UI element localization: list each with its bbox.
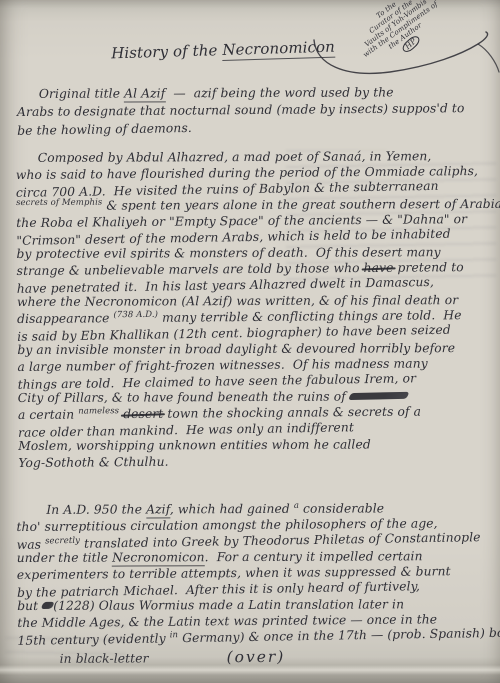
manuscript-line: secrets of Memphis & spent ten years alo…	[16, 197, 484, 215]
manuscript-line: Yog-Sothoth & Cthulhu.	[18, 452, 486, 472]
text-segment: where the Necronomicon (Al Azif) was wri…	[17, 293, 458, 309]
text-segment: desert	[123, 407, 163, 421]
text-segment: (over)	[227, 648, 286, 666]
text-segment: Composed by Abdul Alhazred, a mad poet o…	[38, 149, 432, 165]
text-segment: a certain	[18, 408, 78, 423]
text-segment: 15th century (evidently	[17, 631, 169, 648]
manuscript-line: where the Necronomicon (Al Azif) was wri…	[17, 293, 485, 311]
text-segment: have	[364, 261, 394, 275]
text-segment: town the shocking annals & secrets of a	[163, 405, 421, 421]
manuscript-line: City of Pillars, & to have found beneath…	[18, 389, 486, 407]
text-segment: by protective evil spirits & monsters of…	[16, 245, 440, 261]
text-segment: Azif	[146, 502, 170, 518]
text-segment: (738 A.D.)	[113, 310, 158, 320]
text-segment: under the title	[17, 551, 112, 565]
manuscript-line: by protective evil spirits & monsters of…	[16, 245, 484, 263]
text-segment: strange & unbelievable marvels are told …	[17, 261, 364, 278]
manuscript-line: but (1228) Olaus Wormius made a Latin tr…	[17, 597, 485, 615]
scribbled-out-word	[348, 392, 409, 400]
text-segment: City of Pillars, & to have found beneath…	[18, 390, 350, 405]
manuscript-line: in black-letter(over)	[18, 645, 486, 671]
text-segment: Yog-Sothoth & Cthulhu.	[18, 455, 168, 470]
text-segment: & spent ten years alone in the great sou…	[102, 197, 500, 213]
text-segment: disappearance	[17, 311, 114, 326]
text-segment: considerable	[299, 501, 384, 515]
manuscript-line: under the title Necronomicon. For a cent…	[17, 549, 485, 567]
manuscript-line: Composed by Abdul Alhazred, a mad poet o…	[16, 149, 484, 167]
text-segment: — azif being the word used by the	[165, 85, 393, 100]
text-segment: secrets of Memphis	[16, 198, 102, 208]
text-segment: was	[17, 537, 46, 551]
text-segment: (1228) Olaus Wormius made a Latin transl…	[53, 597, 404, 613]
manuscript-line: Original title Al Azif — azif being the …	[17, 85, 485, 104]
text-segment: , which had gained	[170, 502, 294, 517]
paragraph-translations: In A.D. 950 the Azif, which had gained a…	[16, 500, 485, 672]
text-segment: nameless	[78, 406, 119, 416]
text-segment: in black-letter	[60, 651, 149, 665]
manuscript-line: In A.D. 950 the Azif, which had gained a…	[16, 501, 484, 519]
manuscript-line: Moslem, worshipping unknown entities who…	[18, 437, 486, 455]
text-segment: Moslem, worshipping unknown entities who…	[18, 437, 371, 453]
text-segment: . For a century it impelled certain	[205, 549, 423, 564]
text-segment: Necronomicon	[112, 550, 205, 566]
text-segment: be the howling of daemons.	[17, 121, 192, 138]
paragraph-original-title: Original title Al Azif — azif being the …	[17, 84, 485, 139]
text-segment: a	[294, 501, 299, 511]
paragraph-alhazred: Composed by Abdul Alhazred, a mad poet o…	[16, 148, 487, 472]
text-segment: in	[170, 630, 179, 640]
text-segment: secretly	[45, 536, 80, 547]
text-segment: Al Azif	[124, 86, 165, 102]
manuscript-line: History of the Necronomicon	[88, 37, 358, 61]
text-segment: but	[17, 599, 42, 613]
page-title: History of the Necronomicon	[88, 36, 358, 61]
text-segment: pretend to	[393, 260, 463, 275]
text-segment: Necronomicon	[222, 38, 335, 61]
text-segment: Original title	[39, 87, 124, 101]
manuscript-line: by an invisible monster in broad dayligh…	[17, 341, 485, 359]
text-segment: Arabs to designate that nocturnal sound …	[17, 101, 465, 119]
text-segment: In A.D. 950 the	[46, 502, 146, 516]
text-segment: by an invisible monster in broad dayligh…	[17, 341, 455, 357]
text-segment: History of the	[111, 41, 223, 62]
manuscript-page: To theCurator of theVaults of Yoh-Vombis…	[0, 0, 500, 683]
